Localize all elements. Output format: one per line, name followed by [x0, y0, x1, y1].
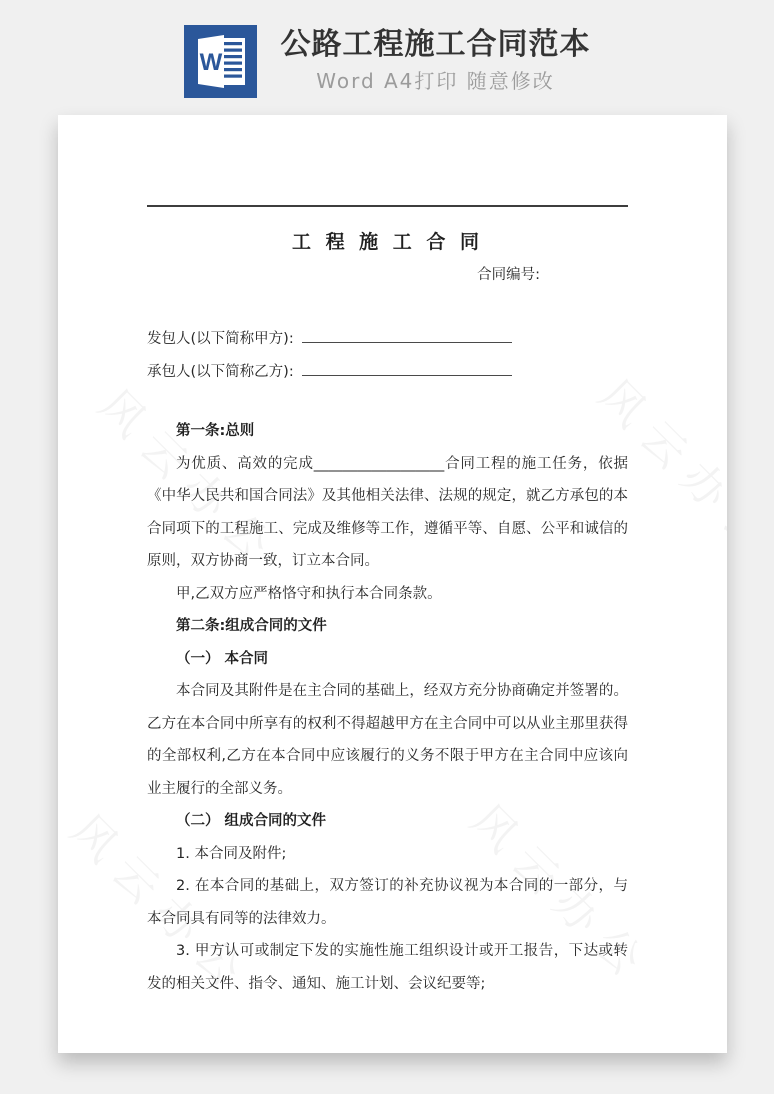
- header-text-block: 公路工程施工合同范本 Word A4打印 随意修改: [281, 25, 591, 95]
- party-a-line: 发包人(以下简称甲方):: [147, 323, 628, 356]
- svg-text:W: W: [199, 49, 222, 76]
- sub-heading: （二） 组成合同的文件: [147, 805, 628, 838]
- document-content: 工 程 施 工 合 同 合同编号: 发包人(以下简称甲方): 承包人(以下简称乙…: [58, 205, 727, 1000]
- party-a-label: 发包人(以下简称甲方):: [147, 331, 294, 347]
- party-b-blank: [302, 362, 512, 376]
- contract-body: 第一条:总则 为优质、高效的完成__________________合同工程的施…: [147, 415, 628, 1000]
- paragraph: 为优质、高效的完成__________________合同工程的施工任务，依据《…: [147, 448, 628, 578]
- template-subtitle: Word A4打印 随意修改: [316, 67, 555, 95]
- list-item: 3. 甲方认可或制定下发的实施性施工组织设计或开工报告，下达或转发的相关文件、指…: [147, 935, 628, 1000]
- party-b-label: 承包人(以下简称乙方):: [147, 364, 294, 380]
- template-header: W 公路工程施工合同范本 Word A4打印 随意修改: [0, 0, 774, 112]
- sub-heading: （一） 本合同: [147, 643, 628, 676]
- template-title: 公路工程施工合同范本: [281, 25, 591, 65]
- paragraph: 本合同及其附件是在主合同的基础上，经双方充分协商确定并签署的。乙方在本合同中所享…: [147, 675, 628, 805]
- party-a-blank: [302, 329, 512, 343]
- party-b-line: 承包人(以下简称乙方):: [147, 356, 628, 389]
- contract-number-label: 合同编号:: [477, 267, 540, 283]
- article-heading: 第二条:组成合同的文件: [147, 610, 628, 643]
- document-title: 工 程 施 工 合 同: [147, 226, 628, 259]
- contract-number-line: 合同编号:: [147, 259, 628, 292]
- article-heading: 第一条:总则: [147, 415, 628, 448]
- word-logo-icon: W: [184, 25, 257, 98]
- paragraph: 甲,乙双方应严格恪守和执行本合同条款。: [147, 578, 628, 611]
- header-rule: [147, 205, 628, 207]
- list-item: 1. 本合同及附件;: [147, 838, 628, 871]
- document-page: 风云办公 风云办公 风云办公 风云办公 工 程 施 工 合 同 合同编号: 发包…: [58, 115, 727, 1053]
- parties-section: 发包人(以下简称甲方): 承包人(以下简称乙方):: [147, 323, 628, 388]
- list-item: 2. 在本合同的基础上，双方签订的补充协议视为本合同的一部分，与本合同具有同等的…: [147, 870, 628, 935]
